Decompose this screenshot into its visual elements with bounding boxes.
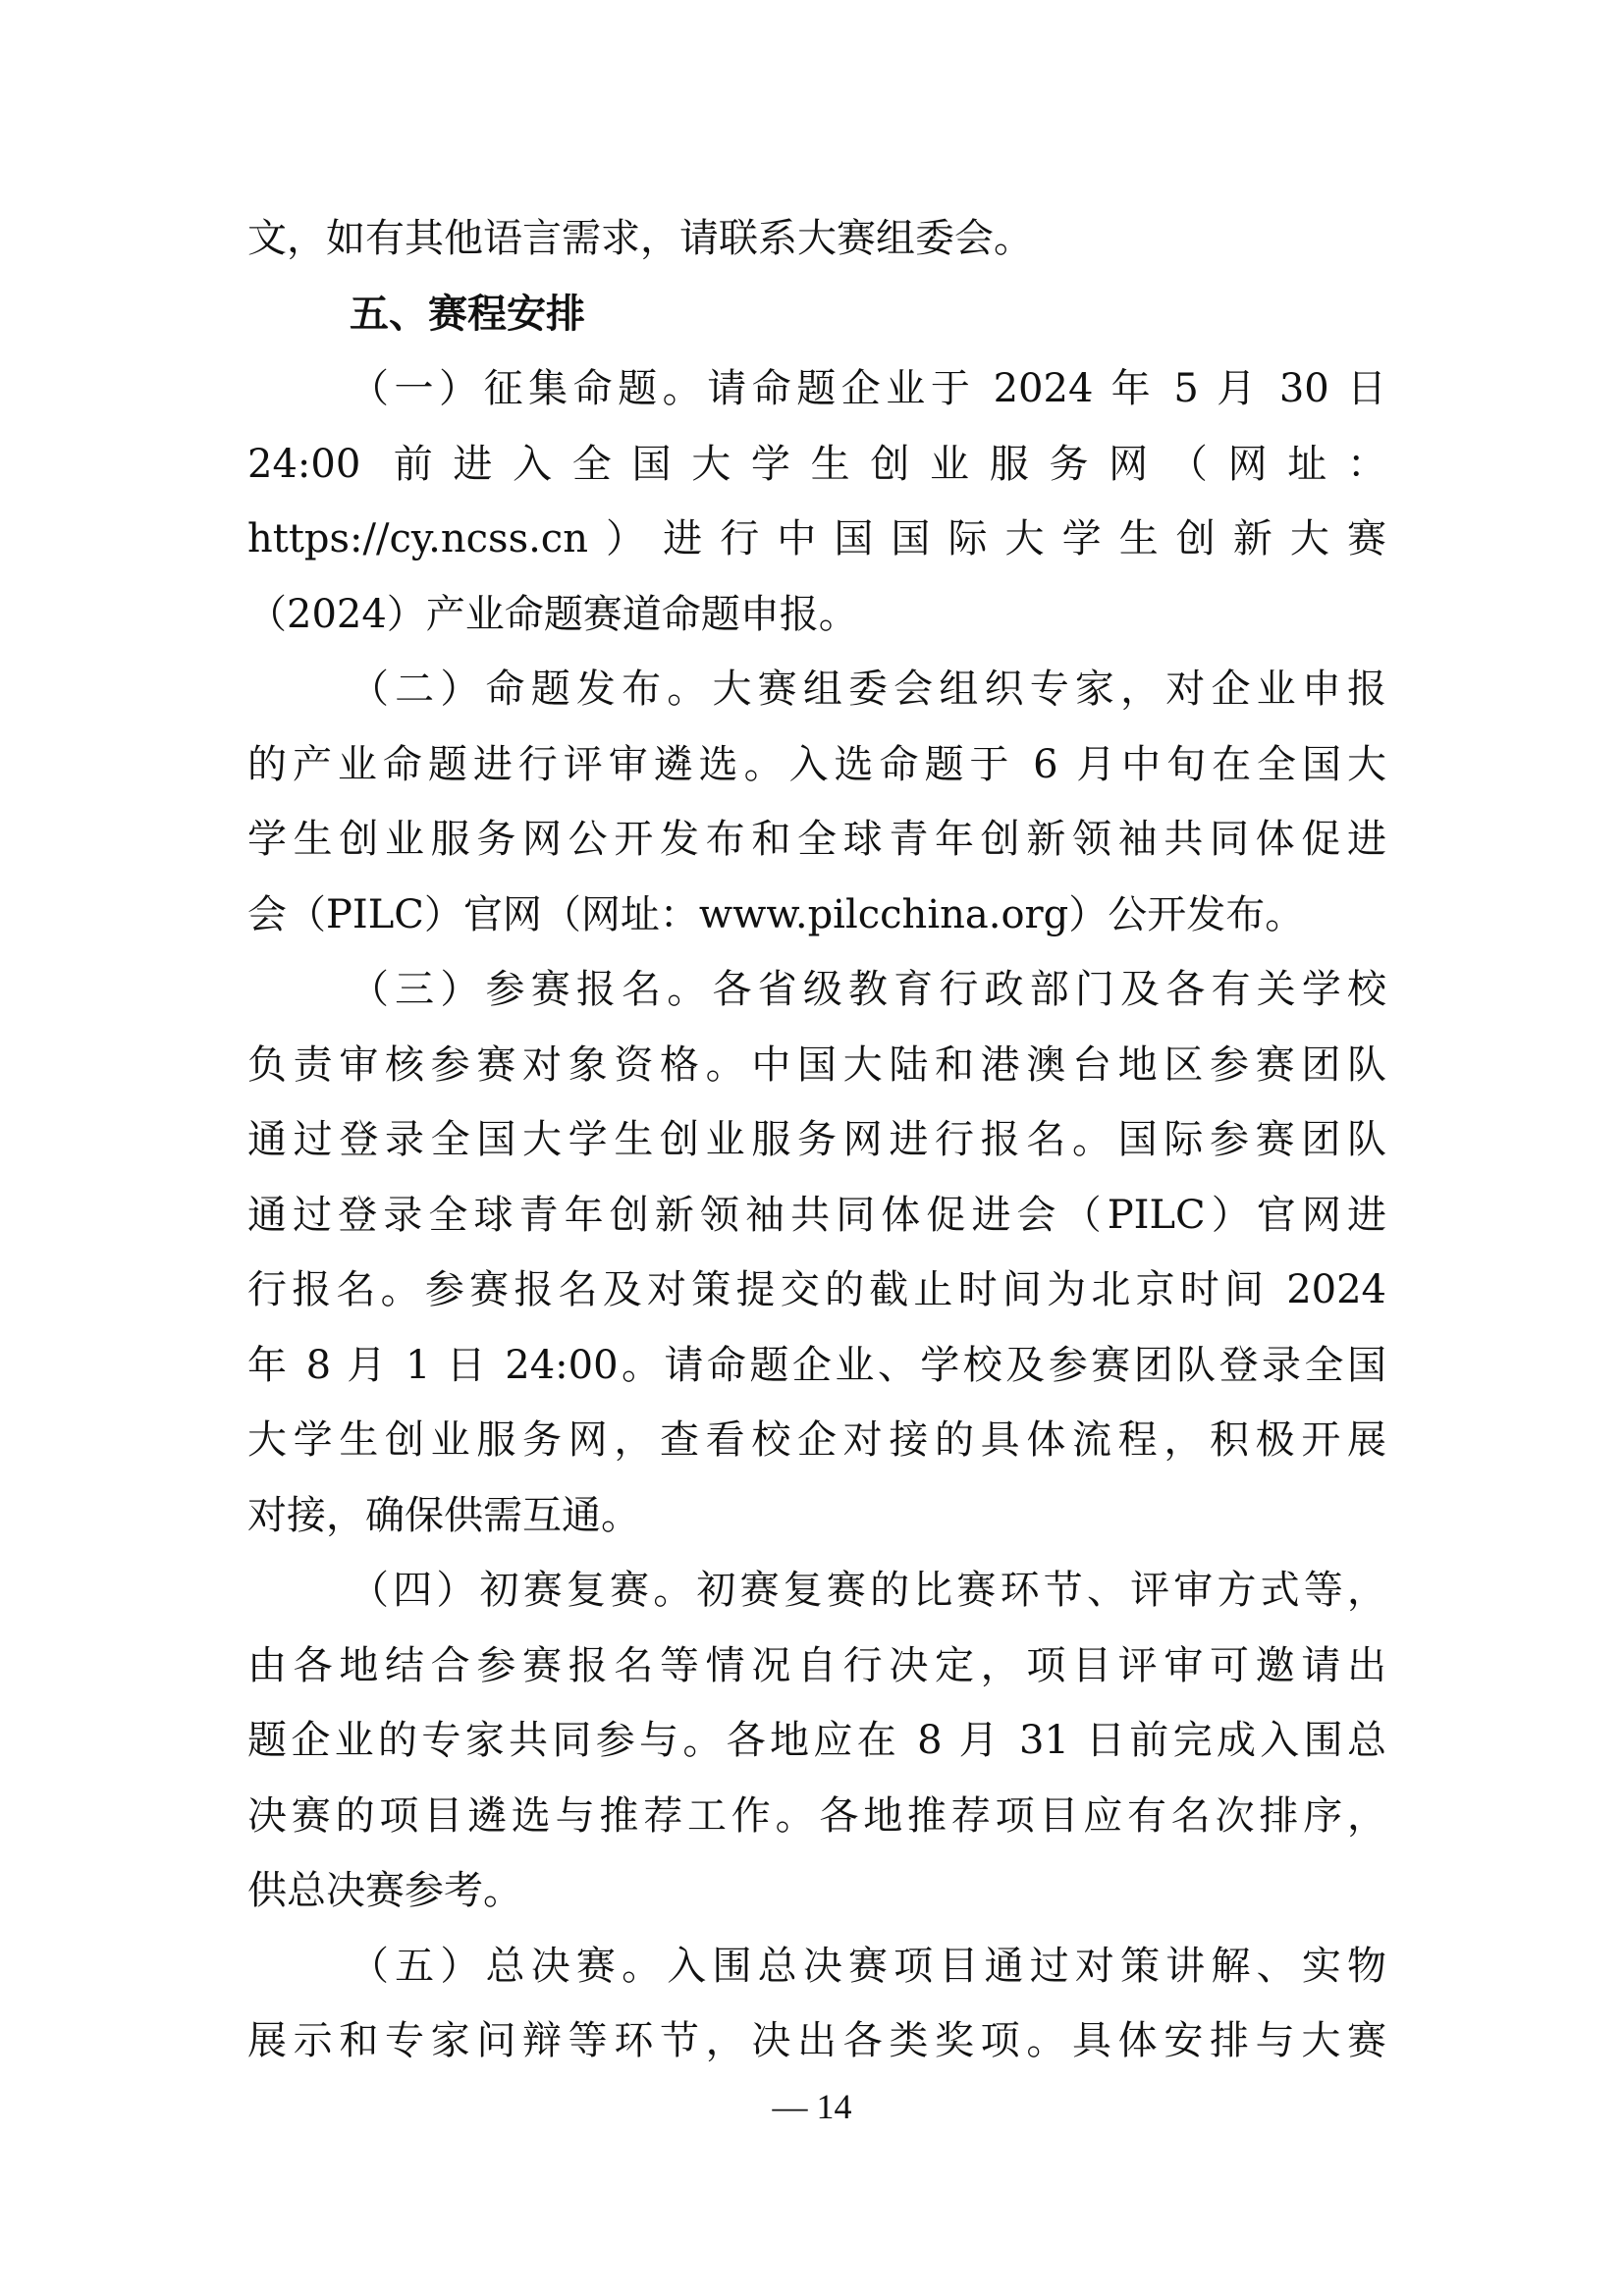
- paragraph-1-line: 24:00 前进入全国大学生创业服务网（网址：: [247, 427, 1386, 503]
- paragraph-1-line: （一）征集命题。请命题企业于 2024 年 5 月 30 日: [247, 351, 1386, 427]
- paragraph-2-line: 会（PILC）官网（网址：www.pilcchina.org）公开发布。: [247, 878, 1386, 953]
- paragraph-3-line: 行报名。参赛报名及对策提交的截止时间为北京时间 2024: [247, 1253, 1386, 1328]
- paragraph-3-line: （三）参赛报名。各省级教育行政部门及各有关学校: [247, 952, 1386, 1028]
- paragraph-4-line: 决赛的项目遴选与推荐工作。各地推荐项目应有名次排序，: [247, 1779, 1386, 1854]
- paragraph-2-line: 的产业命题进行评审遴选。入选命题于 6 月中旬在全国大: [247, 727, 1386, 803]
- paragraph-2-line: 学生创业服务网公开发布和全球青年创新领袖共同体促进: [247, 802, 1386, 878]
- paragraph-4-line: （四）初赛复赛。初赛复赛的比赛环节、评审方式等，: [247, 1553, 1386, 1629]
- paragraph-3-line: 年 8 月 1 日 24:00。请命题企业、学校及参赛团队登录全国: [247, 1328, 1386, 1404]
- paragraph-3-line: 通过登录全国大学生创业服务网进行报名。国际参赛团队: [247, 1102, 1386, 1178]
- page-number: — 14: [0, 2086, 1624, 2127]
- paragraph-5-line: （五）总决赛。入围总决赛项目通过对策讲解、实物: [247, 1929, 1386, 2004]
- paragraph-3-line: 对接，确保供需互通。: [247, 1478, 1386, 1554]
- document-page: 文，如有其他语言需求，请联系大赛组委会。 五、赛程安排 （一）征集命题。请命题企…: [247, 201, 1386, 2079]
- section-heading: 五、赛程安排: [247, 277, 1386, 352]
- paragraph-3-line: 负责审核参赛对象资格。中国大陆和港澳台地区参赛团队: [247, 1028, 1386, 1103]
- paragraph-4-line: 由各地结合参赛报名等情况自行决定，项目评审可邀请出: [247, 1629, 1386, 1704]
- paragraph-3-line: 通过登录全球青年创新领袖共同体促进会（PILC）官网进: [247, 1178, 1386, 1254]
- paragraph-1-line: （2024）产业命题赛道命题申报。: [247, 577, 1386, 653]
- paragraph-1-line: https://cy.ncss.cn）进行中国国际大学生创新大赛: [247, 502, 1386, 577]
- paragraph-2-line: （二）命题发布。大赛组委会组织专家，对企业申报: [247, 652, 1386, 727]
- paragraph-5-line: 展示和专家问辩等环节，决出各类奖项。具体安排与大赛: [247, 2003, 1386, 2079]
- paragraph-4-line: 供总决赛参考。: [247, 1853, 1386, 1929]
- paragraph-3-line: 大学生创业服务网，查看校企对接的具体流程，积极开展: [247, 1403, 1386, 1478]
- paragraph-4-line: 题企业的专家共同参与。各地应在 8 月 31 日前完成入围总: [247, 1703, 1386, 1779]
- text-line: 文，如有其他语言需求，请联系大赛组委会。: [247, 201, 1386, 277]
